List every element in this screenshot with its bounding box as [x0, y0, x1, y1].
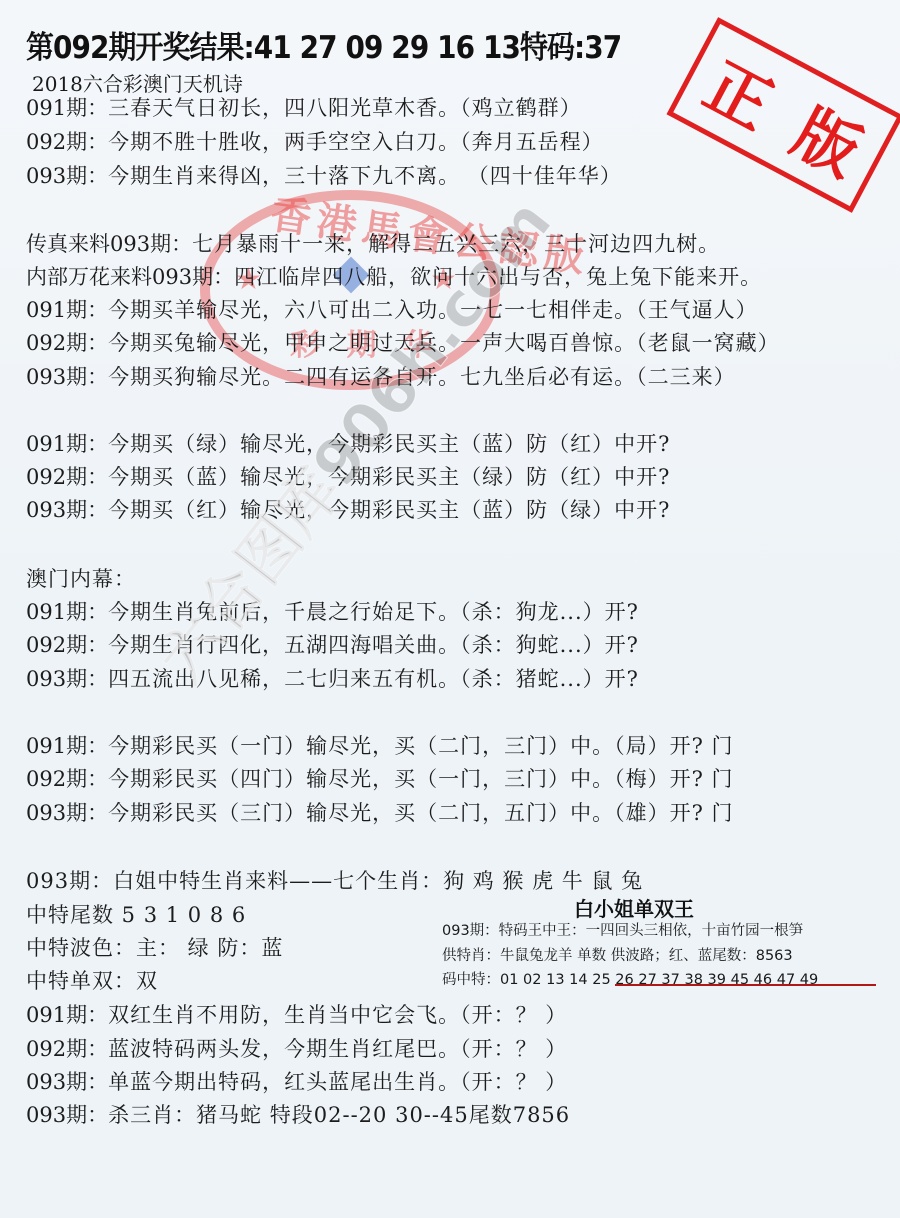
- poem-row: 093期：今期生肖来得凶，三十落下九不离。 （四十佳年华）: [26, 163, 622, 189]
- kill-zodiac-row: 093期：杀三肖：猪马蛇 特段02--20 30--45尾数7856: [26, 1102, 570, 1128]
- box-line-zodiac-supply: 供特肖：牛鼠兔龙羊 单数 供波路；红、蓝尾数：8563: [442, 944, 793, 965]
- macau-inside-row: 091期：今期生肖兔前后，千晨之行始足下。（杀：狗龙...）开?: [26, 599, 639, 625]
- poem-row: 091期：三春天气日初长，四八阳光草木香。（鸡立鹤群）: [26, 95, 582, 121]
- final-row: 091期：双红生肖不用防，生肖当中它会飞。（开：？ ）: [26, 1002, 567, 1028]
- tail-numbers-row: 中特尾数 5 3 1 0 8 6: [26, 902, 246, 928]
- baixiaojie-box-title: 白小姐单双王: [574, 893, 694, 922]
- genuine-stamp: 正 版: [666, 17, 900, 213]
- poem-row: 092期：今期不胜十胜收，两手空空入白刀。（奔月五岳程）: [26, 129, 604, 155]
- macau-inside-row: 092期：今期生肖行四化，五湖四海唱关曲。（杀：狗蛇...）开?: [26, 632, 639, 658]
- inner-flower-row: 内部万花来料093期：四江临岸四八船，欲问十六出与否，兔上兔下能来开。: [26, 264, 762, 290]
- macau-inside-title: 澳门内幕：: [26, 566, 136, 592]
- box-line-special-code: 093期：特码王中王：一四回头三相依，十亩竹园一根笋: [442, 919, 803, 940]
- fax-material-row: 传真来料093期：七月暴雨十一来，解得二五兴三六，三十河边四九树。: [26, 231, 720, 257]
- wave-color-row: 中特波色：主： 绿 防：蓝: [26, 935, 283, 961]
- red-underline: [615, 984, 876, 986]
- door-row: 091期：今期彩民买（一门）输尽光，买（二门，三门）中。（局）开? 门: [26, 733, 734, 759]
- odd-even-row: 中特单双：双: [26, 968, 158, 994]
- final-row: 093期：单蓝今期出特码，红头蓝尾出生肖。（开：？ ）: [26, 1069, 567, 1095]
- poem-subtitle: 2018六合彩澳门天机诗: [32, 68, 243, 97]
- final-row: 092期：蓝波特码两头发，今期生肖红尾巴。（开：？ ）: [26, 1036, 567, 1062]
- draw-result-headline: 第092期开奖结果:41 27 09 29 16 13特码:37: [26, 22, 621, 67]
- stamp-char-ban: 版: [779, 83, 879, 194]
- lottery-prediction-page: 香港馬會公認版 彩 期 华 ★ ★ 正 版 第092期开奖结果:41 27 09…: [0, 0, 900, 1218]
- door-row: 093期：今期彩民买（三门）输尽光，买（二门，五门）中。（雄）开? 门: [26, 800, 734, 826]
- door-row: 092期：今期彩民买（四门）输尽光，买（一门，三门）中。（梅）开? 门: [26, 766, 734, 792]
- stamp-char-zheng: 正: [691, 36, 791, 147]
- baijie-zodiac-row: 093期：白姐中特生肖来料——七个生肖：狗 鸡 猴 虎 牛 鼠 兔: [26, 868, 643, 894]
- macau-inside-row: 093期：四五流出八见稀，二七归来五有机。（杀：猪蛇...）开?: [26, 666, 639, 692]
